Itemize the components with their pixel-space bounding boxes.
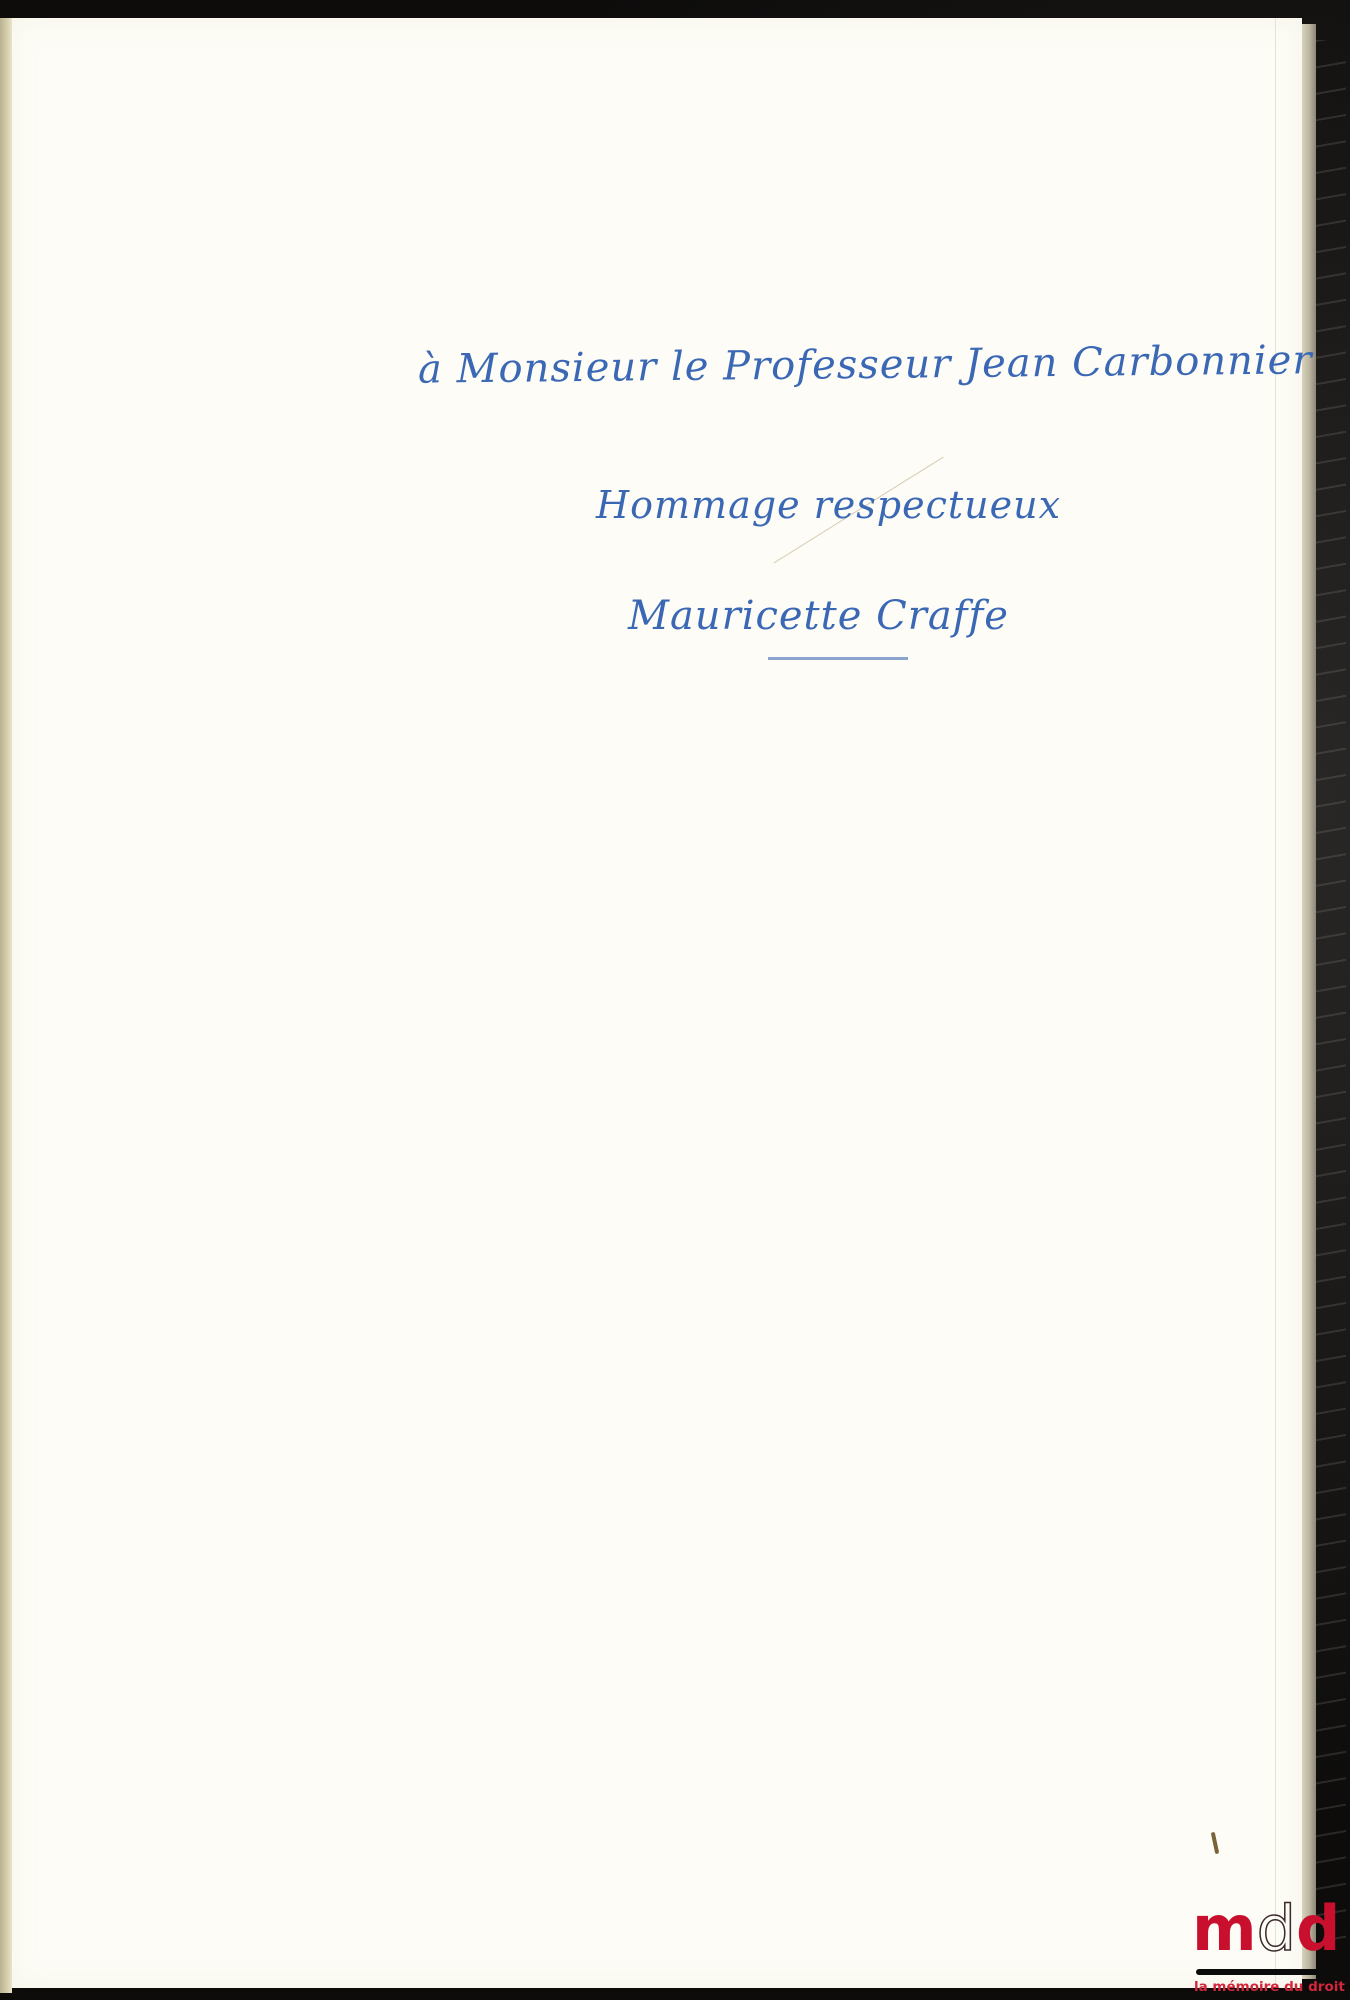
logo-tagline: la mémoire du droit — [1194, 1979, 1345, 1995]
dedication-recipient: à Monsieur le Professeur Jean Carbonnier — [418, 337, 1313, 392]
logo-underline-bar — [1196, 1969, 1334, 1975]
dedication-signature: Mauricette Craffe — [628, 593, 1009, 639]
logo-letter-d-outline: d — [1257, 1898, 1296, 1960]
dedication-message: Hommage respectueux — [596, 483, 1061, 527]
logo-letter-m: m — [1192, 1898, 1257, 1960]
handwritten-dedication: à Monsieur le Professeur Jean Carbonnier… — [0, 0, 1350, 700]
signature-underline — [768, 657, 908, 660]
mdd-logo: m d d la mémoire du droit — [1192, 1898, 1350, 2000]
logo-letters: m d d — [1192, 1898, 1340, 1960]
logo-letter-d: d — [1296, 1898, 1340, 1960]
